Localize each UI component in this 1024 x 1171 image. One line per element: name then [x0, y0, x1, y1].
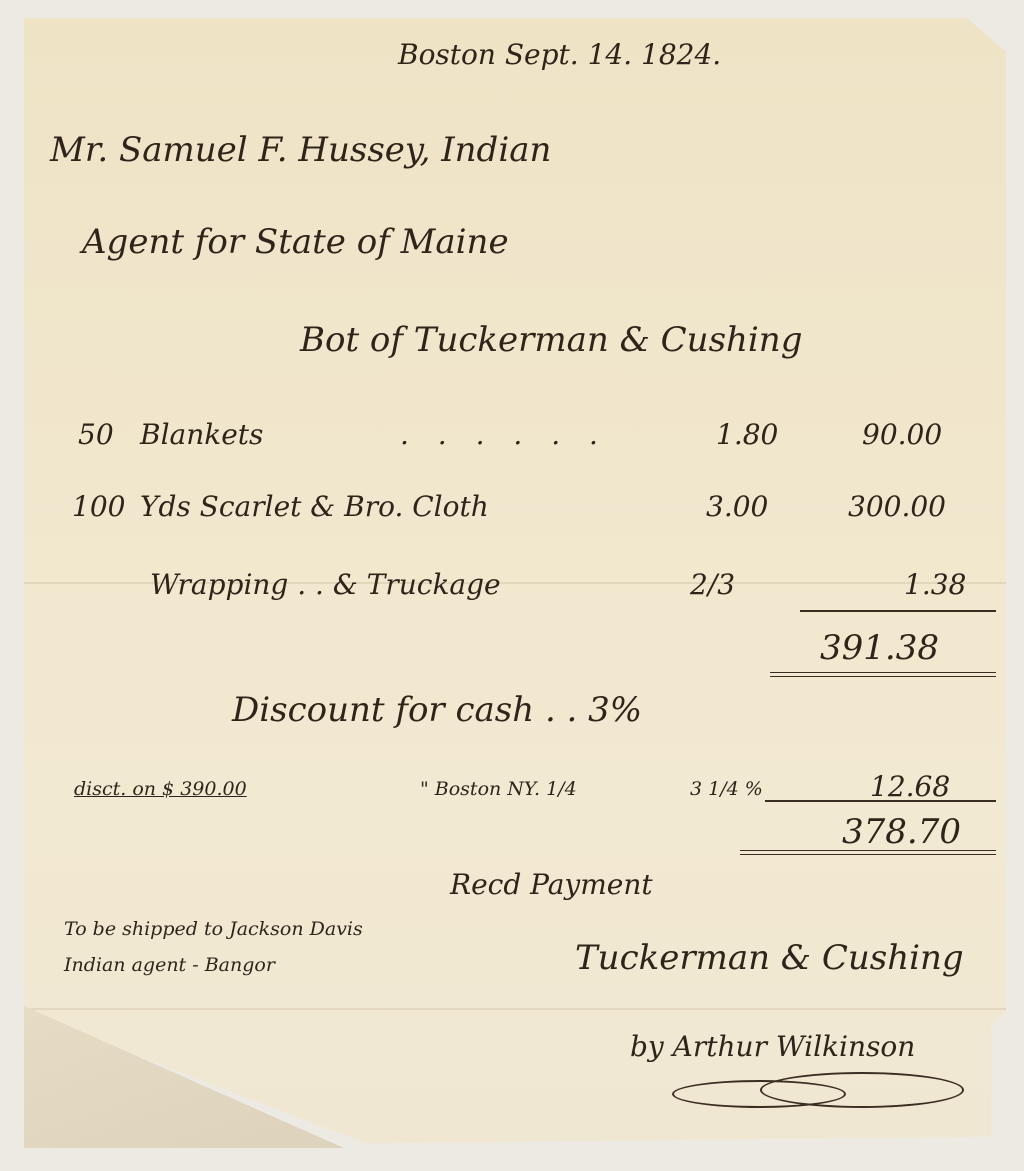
addressee-line-1: Mr. Samuel F. Hussey, Indian	[50, 130, 551, 170]
item-1-qty: 50	[78, 418, 114, 451]
item-2-amount: 300.00	[848, 490, 946, 523]
item-1-amount: 90.00	[862, 418, 942, 451]
item-2-description: Yds Scarlet & Bro. Cloth	[140, 490, 489, 523]
dateline: Boston Sept. 14. 1824.	[398, 38, 721, 71]
margin-note-line-1: To be shipped to Jackson Davis	[64, 918, 363, 940]
subtotal-rule	[800, 610, 996, 612]
fold-line	[24, 1008, 1006, 1010]
discount-boston-ny: " Boston NY. 1/4	[420, 778, 577, 800]
subtotal-amount: 391.38	[820, 628, 939, 668]
discount-base: disct. on $ 390.00	[74, 778, 247, 800]
item-3-amount: 1.38	[904, 568, 966, 601]
discount-rate-total: 3 1/4 %	[690, 778, 763, 800]
addressee-line-2: Agent for State of Maine	[82, 222, 509, 262]
margin-note-line-2: Indian agent - Bangor	[64, 954, 275, 976]
subtotal-double-rule	[770, 672, 996, 677]
leader-dots: . . . . . .	[400, 418, 608, 451]
seller-heading: Bot of Tuckerman & Cushing	[300, 320, 802, 360]
discount-amount: 12.68	[870, 770, 950, 803]
item-1-rate: 1.80	[716, 418, 778, 451]
discount-rule	[765, 800, 996, 802]
item-2-rate: 3.00	[706, 490, 768, 523]
total-amount: 378.70	[842, 812, 961, 852]
signature-flourish	[760, 1072, 964, 1108]
item-2-qty: 100	[72, 490, 125, 523]
item-3-description: Wrapping . . & Truckage	[150, 568, 501, 601]
item-1-description: Blankets	[140, 418, 263, 451]
discount-label: Discount for cash . . 3%	[232, 690, 642, 730]
item-3-rate: 2/3	[690, 568, 735, 601]
total-double-rule	[740, 850, 996, 855]
received-payment-label: Recd Payment	[450, 868, 653, 901]
agent-signature: by Arthur Wilkinson	[630, 1030, 915, 1063]
firm-signature: Tuckerman & Cushing	[575, 938, 964, 978]
